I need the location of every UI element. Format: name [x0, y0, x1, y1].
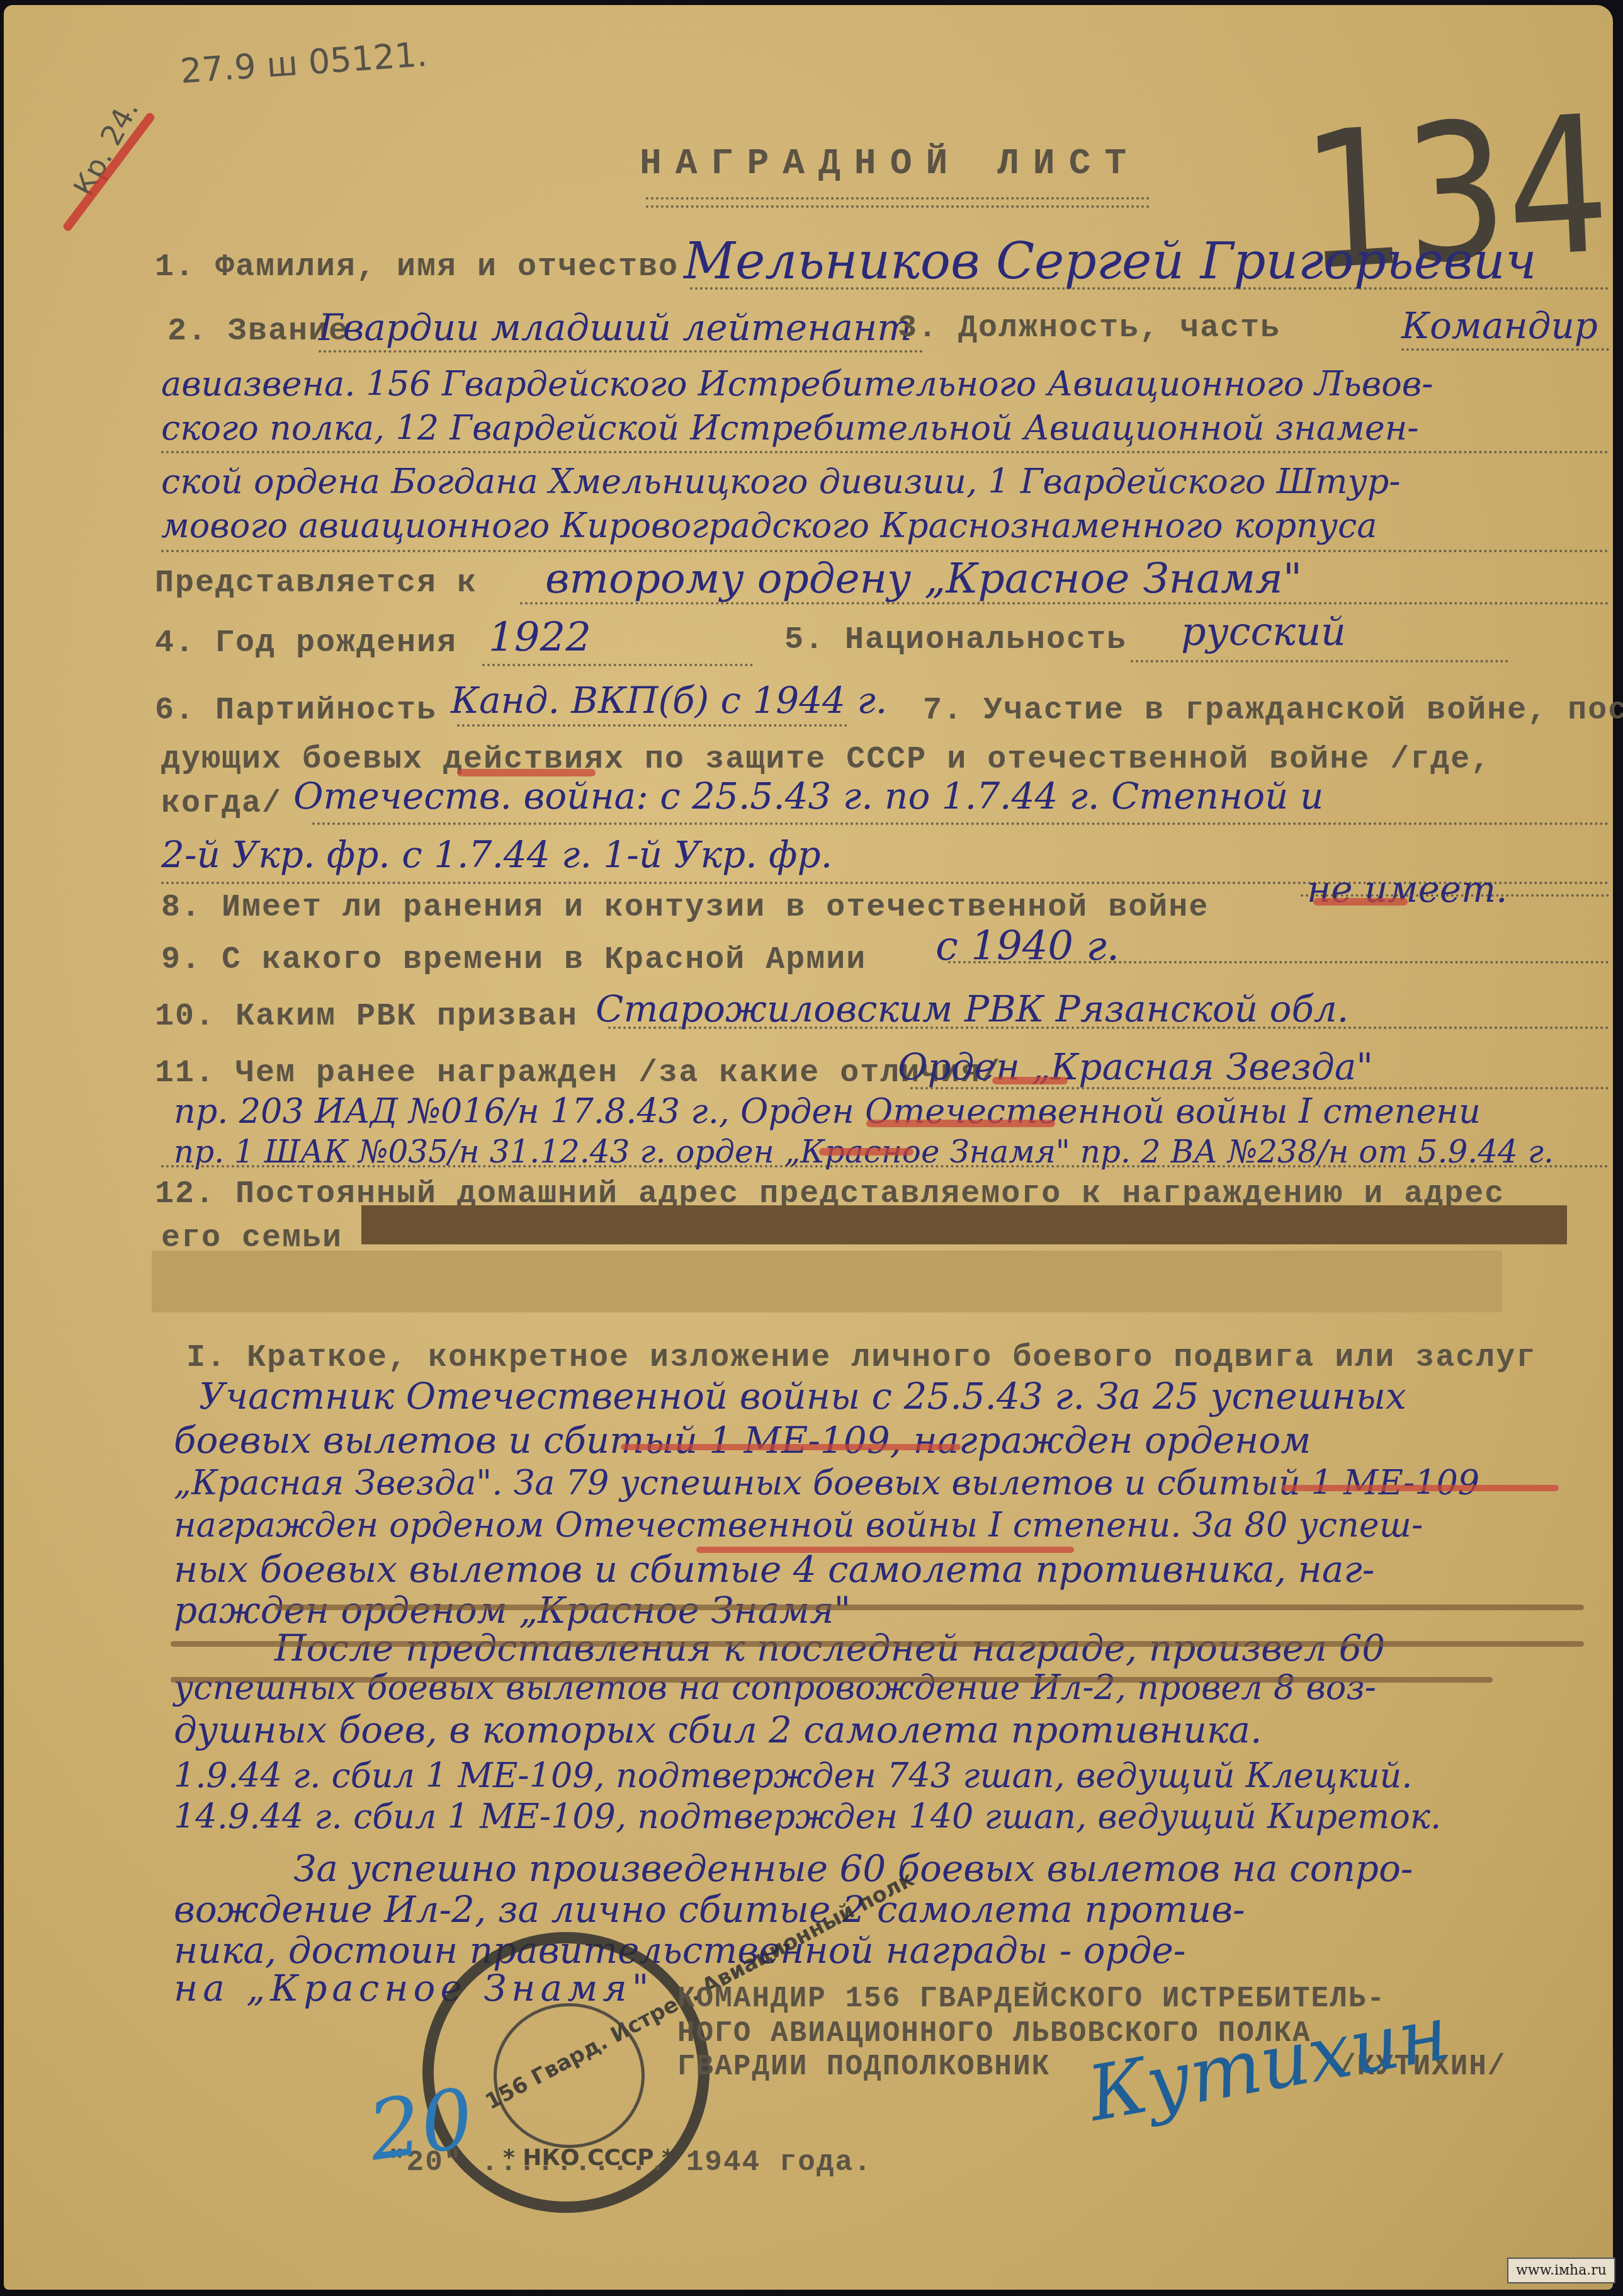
field-5-value: русский: [1181, 608, 1346, 654]
narrative-line: 14.9.44 г. сбил 1 МЕ-109, подтвержден 14…: [174, 1797, 1441, 1836]
red-underline: [866, 1120, 1055, 1127]
document-title: НАГРАДНОЙ ЛИСТ: [640, 144, 1140, 185]
address-redaction-2: [152, 1251, 1502, 1312]
signature-line-3: ГВАРДИИ ПОДПОЛКОВНИК: [677, 2050, 1050, 2083]
field-6-value: Канд. ВКП(б) с 1944 г.: [451, 679, 887, 722]
field-6-line: [457, 724, 847, 727]
presented-value: второму ордену „Красное Знамя": [545, 554, 1302, 603]
field-3-value-line: мового авиационного Кировоградского Крас…: [161, 506, 1377, 545]
field-7-label-part3: когда/: [161, 786, 282, 822]
date-day-handwritten: 20: [363, 2070, 479, 2179]
watermark: www.iмha.ru: [1507, 2258, 1615, 2283]
narrative-line: За успешно произведенные 60 боевых вылет…: [293, 1847, 1413, 1890]
field-3-line: [1401, 348, 1609, 351]
presented-label: Представляется к: [155, 565, 477, 601]
address-redaction: [361, 1205, 1567, 1244]
brown-underline: [274, 1605, 1584, 1610]
field-6-label: 6. Партийность: [155, 693, 437, 729]
presented-line: [520, 602, 1609, 605]
narrative-line: душных боев, в которых сбил 2 самолета п…: [174, 1708, 1262, 1751]
field-3-line: [161, 451, 1609, 453]
field-9-line: [948, 961, 1609, 963]
field-11-line: [161, 1165, 1609, 1168]
field-4-label: 4. Год рождения: [155, 625, 457, 661]
field-2-line: [319, 350, 923, 353]
field-10-value: Старожиловским РВК Рязанской обл.: [596, 987, 1349, 1030]
brown-underline: [171, 1677, 1493, 1683]
field-5-label: 5. Национальность: [784, 622, 1127, 658]
field-7-line: [312, 822, 1609, 825]
field-7-value-line1: Отечеств. война: с 25.5.43 г. по 1.7.44 …: [293, 775, 1323, 817]
field-5-line: [1131, 660, 1508, 662]
field-8-line: [1301, 894, 1609, 897]
signature-line-1: КОМАНДИР 156 ГВАРДЕЙСКОГО ИСТРЕБИТЕЛЬ-: [677, 1982, 1386, 2015]
field-9-label: 9. С какого времени в Красной Армии: [161, 942, 866, 978]
red-underline: [1282, 1485, 1559, 1491]
field-2-value: Гвардии младший лейтенант: [319, 306, 912, 349]
field-11-label: 11. Чем ранее награжден /за какие отличи…: [155, 1055, 1001, 1091]
award-sheet: 27.9 ш 05121. Кр. 24. 134 НАГРАДНОЙ ЛИСТ…: [4, 5, 1613, 2290]
field-4-line: [482, 664, 753, 666]
field-3-value-line: ской ордена Богдана Хмельницкого дивизии…: [161, 462, 1401, 501]
narrative-line: награжден орденом Отечественной войны I …: [174, 1505, 1423, 1545]
field-8-label: 8. Имеет ли ранения и контузии в отечест…: [161, 890, 1209, 926]
field-3-line: [161, 550, 1609, 552]
narrative-line: Участник Отечественной войны с 25.5.43 г…: [199, 1375, 1406, 1418]
narrative-line: 1.9.44 г. сбил 1 МЕ-109, подтвержден 743…: [174, 1756, 1412, 1795]
red-underline: [1313, 898, 1408, 906]
field-7-label-part2: дующих боевых действиях по защите СССР и…: [161, 742, 1491, 778]
title-underline-2: [646, 205, 1150, 208]
field-7-label-part1: 7. Участие в гражданской войне, после-: [923, 693, 1623, 729]
narrative-line: „Красная Звезда". За 79 успешных боевых …: [174, 1463, 1479, 1503]
red-underline: [819, 1148, 913, 1156]
narrative-line: ника, достоин правительственной награды …: [174, 1929, 1185, 1972]
field-11-line: [910, 1087, 1609, 1089]
field-1-line: [690, 287, 1609, 290]
field-3-value-line: ского полка, 12 Гвардейской Истребительн…: [161, 408, 1419, 448]
narrative-line: ных боевых вылетов и сбитые 4 самолета п…: [174, 1548, 1374, 1591]
field-11-value-line2: пр. 203 ИАД №016/н 17.8.43 г., Орден Оте…: [174, 1091, 1481, 1131]
narrative-label: I. Краткое, конкретное изложение личного…: [186, 1340, 1536, 1376]
field-11-value-line1: Орден „Красная Звезда": [898, 1045, 1373, 1088]
corner-note: Кр. 24.: [67, 94, 145, 202]
field-10-label: 10. Каким РВК призван: [155, 999, 578, 1035]
field-7-value-line2: 2-й Укр. фр. с 1.7.44 г. 1-й Укр. фр.: [161, 833, 832, 876]
narrative-line: После представления к последней награде,…: [274, 1627, 1385, 1669]
field-1-value: Мельников Сергей Григорьевич: [684, 232, 1537, 290]
field-1-label: 1. Фамилия, имя и отчество: [155, 249, 679, 285]
title-underline: [646, 197, 1150, 200]
red-underline: [992, 1077, 1068, 1084]
narrative-line: успешных боевых вылетов на сопровождение…: [174, 1668, 1376, 1707]
field-10-line: [608, 1026, 1609, 1029]
narrative-line: ражден орденом „Красное Знамя": [174, 1589, 851, 1632]
narrative-line: вождение Ил-2, за лично сбитые 2 самолет…: [174, 1888, 1245, 1931]
field-3-value-line: авиазвена. 156 Гвардейского Истребительн…: [161, 364, 1433, 404]
archive-mark: 27.9 ш 05121.: [179, 34, 428, 91]
field-3-label: 3. Должность, часть: [898, 310, 1281, 346]
field-3-value-start: Командир: [1401, 304, 1598, 347]
narrative-line: боевых вылетов и сбитый 1 МЕ-109, награж…: [174, 1419, 1311, 1462]
field-4-value: 1922: [489, 615, 591, 661]
red-underline: [457, 769, 596, 776]
red-underline: [621, 1444, 961, 1450]
brown-underline: [171, 1641, 1584, 1647]
red-underline: [696, 1547, 1074, 1553]
